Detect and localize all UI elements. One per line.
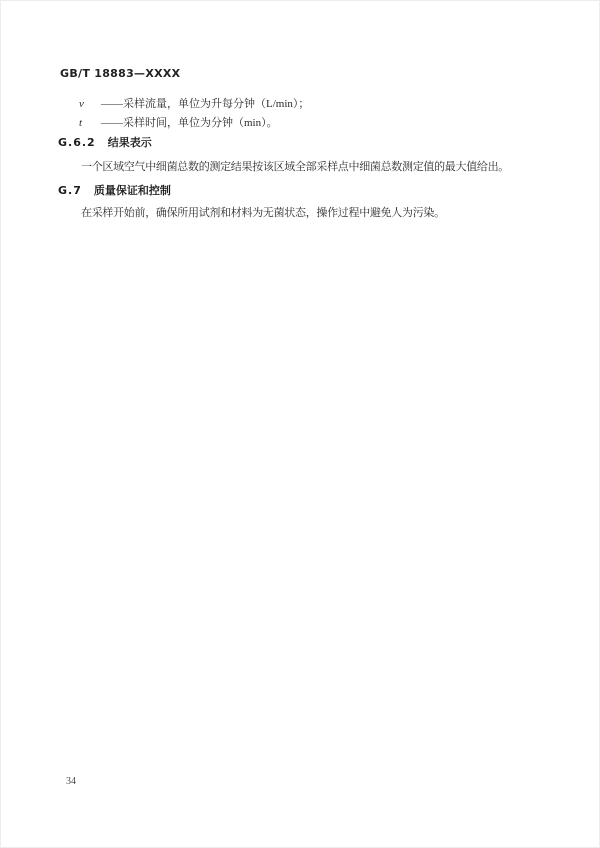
section-number: G.6.2 [58,136,96,149]
section-title: 质量保证和控制 [94,184,171,197]
document-header: GB/T 18883—XXXX [60,67,180,80]
definition-text: ——采样流量，单位为升每分钟（L/min）； [101,98,309,110]
definition-row-t: t——采样时间，单位为分钟（min）。 [79,114,278,130]
page-number: 34 [66,776,76,787]
section-heading-g62: G.6.2结果表示 [58,134,152,150]
section-heading-g7: G.7质量保证和控制 [58,182,171,198]
section-title: 结果表示 [108,136,152,149]
definition-row-v: v——采样流量，单位为升每分钟（L/min）； [79,95,309,111]
definition-text: ——采样时间，单位为分钟（min）。 [101,117,278,129]
section-body-g7: 在采样开始前，确保所用试剂和材料为无菌状态，操作过程中避免人为污染。 [81,204,445,220]
section-number: G.7 [58,184,82,197]
document-page: GB/T 18883—XXXX v——采样流量，单位为升每分钟（L/min）； … [0,0,600,848]
section-body-g62: 一个区域空气中细菌总数的测定结果按该区域全部采样点中细菌总数测定值的最大值给出。 [81,158,509,174]
definition-symbol: v [79,98,101,110]
definition-symbol: t [79,117,101,129]
